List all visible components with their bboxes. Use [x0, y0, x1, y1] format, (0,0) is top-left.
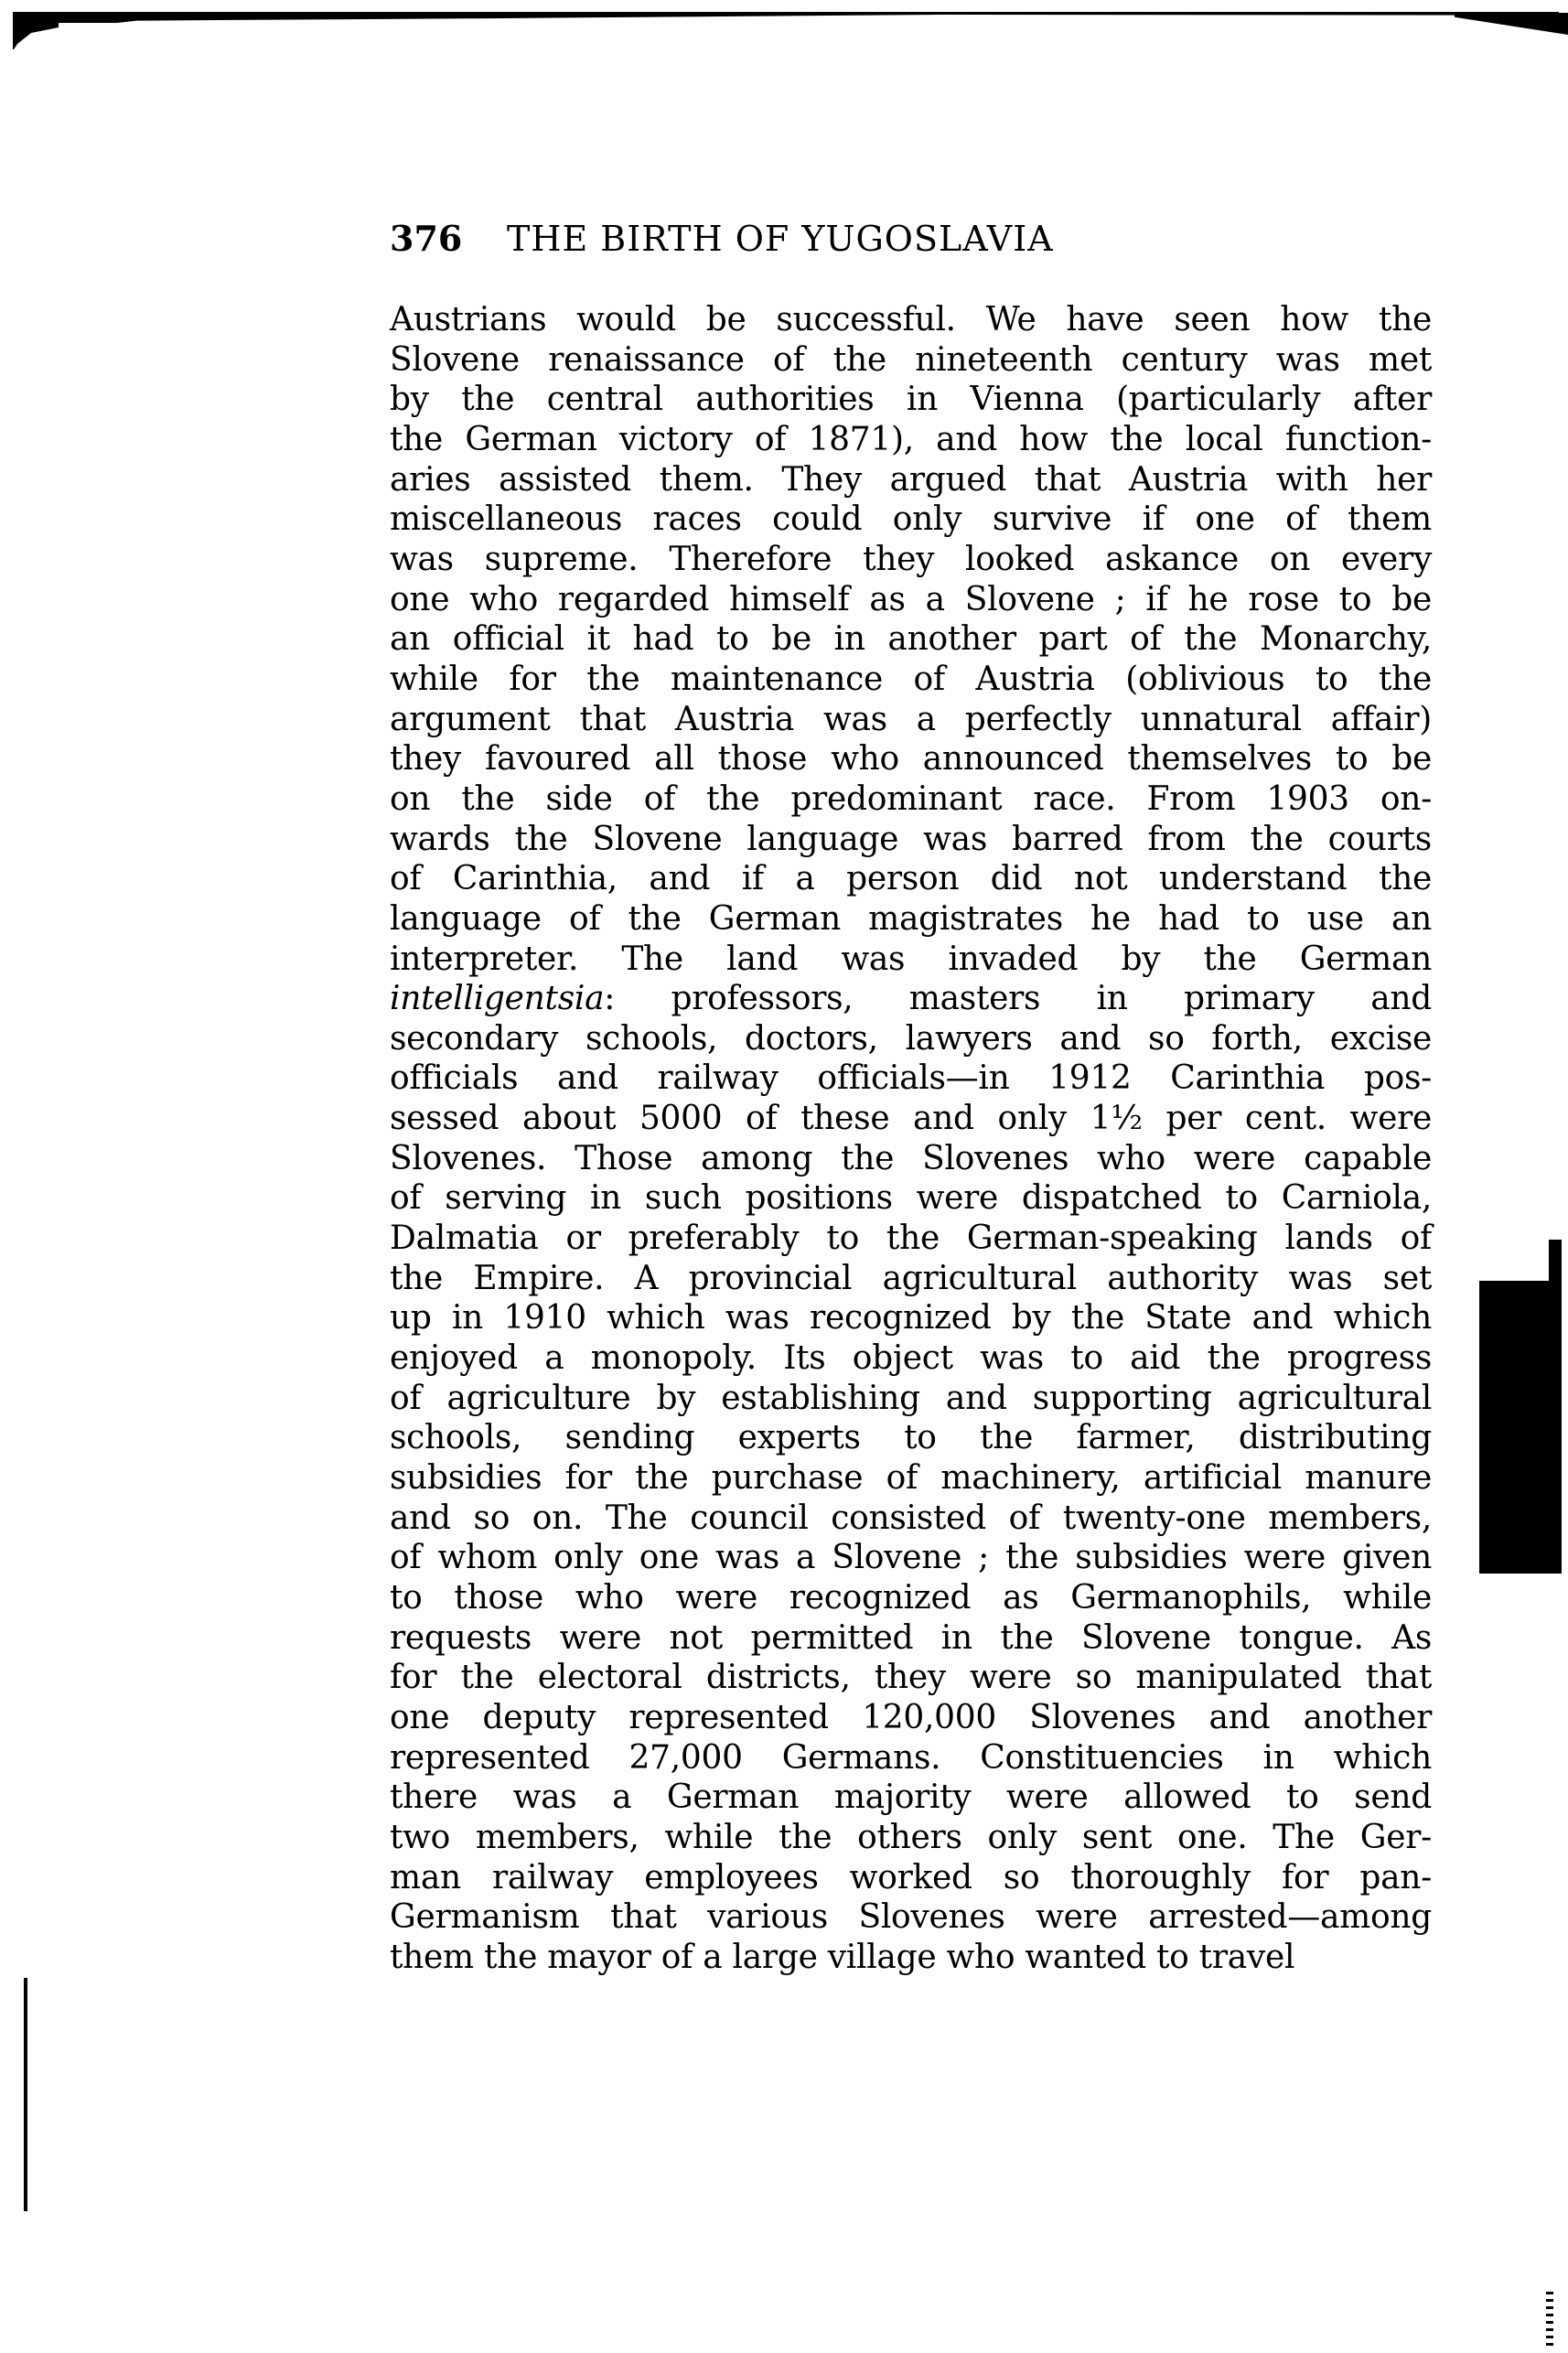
text-line: miscellaneous races could only survive i…: [390, 500, 1432, 540]
text-line: represented 27,000 Germans. Constituenci…: [390, 1738, 1432, 1778]
scan-top-edge-shadow: [13, 12, 1559, 23]
book-title-header: THE BIRTH OF YUGOSLAVIA: [507, 218, 1054, 260]
text-line: was supreme. Therefore they looked askan…: [390, 540, 1432, 580]
text-line: man railway employees worked so thorough…: [390, 1858, 1432, 1898]
text-line: two members, while the others only sent …: [390, 1818, 1432, 1858]
text-line: Austrians would be successful. We have s…: [390, 300, 1432, 340]
text-line: sessed about 5000 of these and only 1½ p…: [390, 1099, 1432, 1139]
italic-term: intelligentsia: [390, 980, 604, 1017]
text-line: of serving in such positions were dispat…: [390, 1178, 1432, 1219]
text-line: while for the maintenance of Austria (ob…: [390, 660, 1432, 700]
text-line: of agriculture by establishing and suppo…: [390, 1379, 1432, 1419]
text-line: secondary schools, doctors, lawyers and …: [390, 1019, 1432, 1059]
text-line: them the mayor of a large village who wa…: [390, 1938, 1432, 1978]
text-fragment: : professors, masters in primary and: [604, 980, 1432, 1017]
text-line: subsidies for the purchase of machinery,…: [390, 1458, 1432, 1499]
book-page: 376 THE BIRTH OF YUGOSLAVIA Austrians wo…: [0, 0, 1568, 2353]
scan-top-left-corner-shadow: [13, 13, 59, 49]
text-line-mixed: intelligentsia: professors, masters in p…: [390, 979, 1432, 1019]
page-number: 376: [390, 218, 462, 260]
text-line: language of the German magistrates he ha…: [390, 899, 1432, 940]
text-line: they favoured all those who announced th…: [390, 739, 1432, 779]
text-line: on the side of the predominant race. Fro…: [390, 779, 1432, 820]
scan-left-edge-line: [24, 1978, 27, 2211]
text-line: the German victory of 1871), and how the…: [390, 420, 1432, 460]
scan-right-edge-tab: [1549, 1240, 1562, 1285]
text-line: one who regarded himself as a Slovene ; …: [390, 580, 1432, 620]
text-line: enjoyed a monopoly. Its object was to ai…: [390, 1338, 1432, 1379]
body-text: Austrians would be successful. We have s…: [390, 300, 1432, 1978]
text-line: interpreter. The land was invaded by the…: [390, 940, 1432, 980]
text-line: of whom only one was a Slovene ; the sub…: [390, 1538, 1432, 1578]
text-line: the Empire. A provincial agricultural au…: [390, 1259, 1432, 1299]
text-line: an official it had to be in another part…: [390, 619, 1432, 660]
text-line: Slovenes. Those among the Slovenes who w…: [390, 1139, 1432, 1179]
text-line: requests were not permitted in the Slove…: [390, 1618, 1432, 1659]
scan-right-edge-bar: [1479, 1281, 1562, 1574]
text-line: Dalmatia or preferably to the German-spe…: [390, 1219, 1432, 1259]
running-head: 376 THE BIRTH OF YUGOSLAVIA: [390, 218, 1432, 260]
text-line: officials and railway officials—in 1912 …: [390, 1058, 1432, 1099]
text-line: by the central authorities in Vienna (pa…: [390, 380, 1432, 420]
text-line: schools, sending experts to the farmer, …: [390, 1418, 1432, 1458]
text-line: one deputy represented 120,000 Slovenes …: [390, 1698, 1432, 1738]
text-line: to those who were recognized as Germanop…: [390, 1578, 1432, 1618]
text-line: there was a German majority were allowed…: [390, 1778, 1432, 1818]
text-line: Slovene renaissance of the nineteenth ce…: [390, 340, 1432, 381]
text-line: of Carinthia, and if a person did not un…: [390, 859, 1432, 899]
text-line: for the electoral districts, they were s…: [390, 1658, 1432, 1698]
scan-bottom-right-specks: [1546, 2292, 1553, 2348]
text-line: argument that Austria was a perfectly un…: [390, 700, 1432, 740]
text-line: aries assisted them. They argued that Au…: [390, 460, 1432, 500]
scan-top-right-corner-shadow: [1455, 13, 1568, 35]
text-line: up in 1910 which was recognized by the S…: [390, 1298, 1432, 1338]
text-line: Germanism that various Slovenes were arr…: [390, 1897, 1432, 1938]
text-line: and so on. The council consisted of twen…: [390, 1499, 1432, 1539]
text-line: wards the Slovene language was barred fr…: [390, 820, 1432, 860]
